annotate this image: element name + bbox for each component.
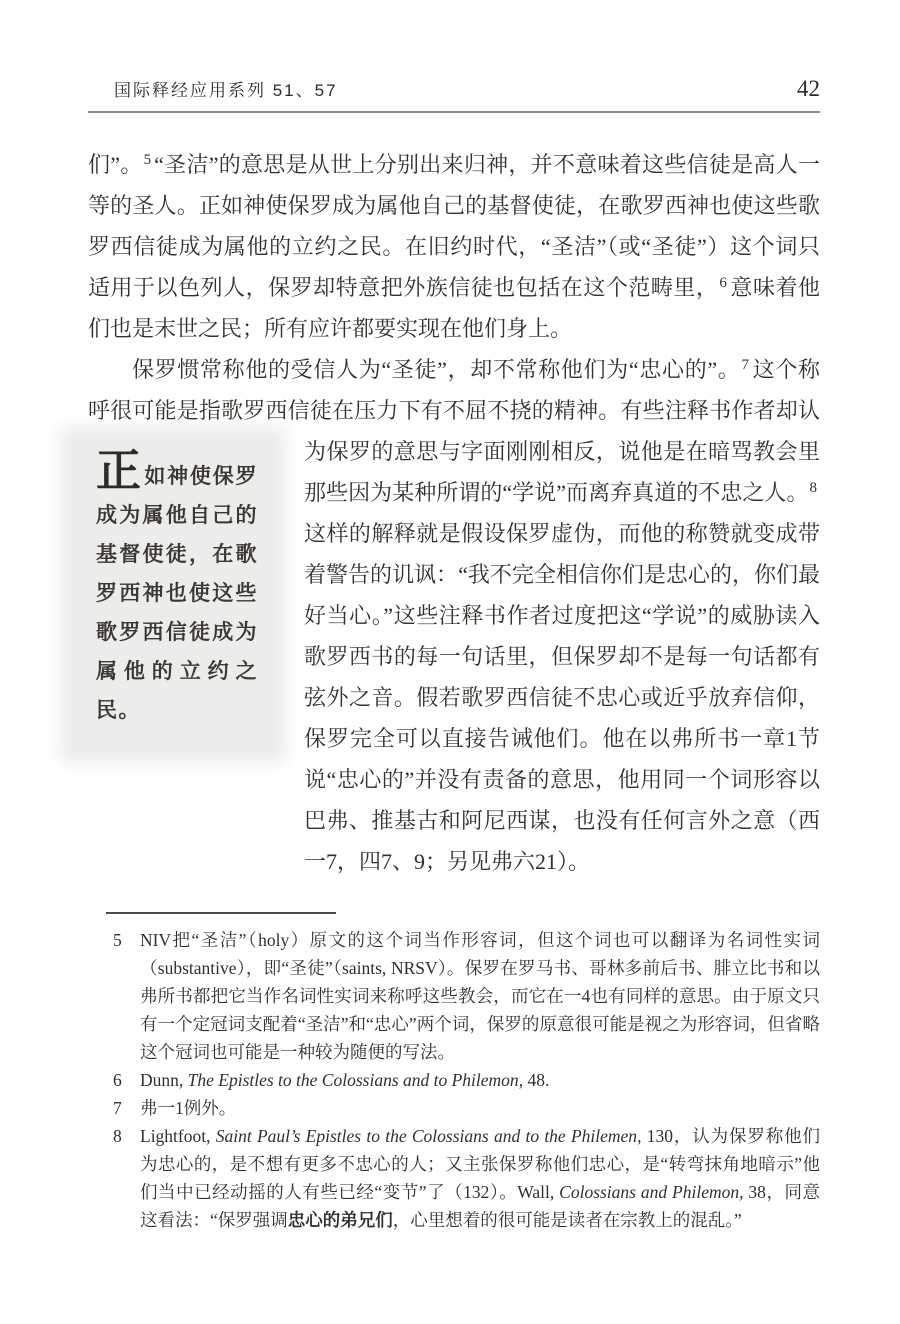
paragraph-1-text: “圣洁”的意思是从世上分别出来归神，并不意味着这些信徒是高人一等的圣人。正如神使… — [88, 152, 820, 300]
footnote-reference-6: 6 — [718, 275, 730, 291]
footnote-author: Dunn, — [140, 1070, 188, 1090]
paragraph-2-text: 保罗惯常称他的受信人为“圣徒”，却不常称他们为“忠心的”。 — [132, 357, 740, 382]
footnote-text: Dunn, The Epistles to the Colossians and… — [140, 1066, 820, 1094]
footnote-number: 5 — [88, 926, 140, 954]
footnote-number: 7 — [88, 1094, 140, 1122]
footnote-reference-8: 8 — [809, 480, 821, 496]
footnote-8: 8 Lightfoot, Saint Paul’s Epistles to th… — [88, 1122, 820, 1234]
body-text: 们”。5“圣洁”的意思是从世上分别出来归神，并不意味着这些信徒是高人一等的圣人。… — [88, 144, 820, 882]
book-title: The Epistles to the Colossians and to Ph… — [188, 1070, 519, 1090]
book-title: Colossians and Philemon — [559, 1182, 739, 1202]
pull-quote-text: 如神使保罗成为属他自己的基督使徒，在歌罗西神也使这些歌罗西信徒成为属他的立约之民… — [96, 465, 258, 722]
page-number: 42 — [797, 76, 820, 102]
document-page: 国际释经应用系列 51、57 42 们”。5“圣洁”的意思是从世上分别出来归神，… — [0, 0, 900, 1324]
series-title: 国际释经应用系列 51、57 — [114, 76, 338, 101]
running-header: 国际释经应用系列 51、57 42 — [88, 0, 820, 102]
footnote-reference-5: 5 — [143, 152, 155, 168]
paragraph-1: 们”。5“圣洁”的意思是从世上分别出来归神，并不意味着这些信徒是高人一等的圣人。… — [88, 144, 820, 349]
footnote-author: Lightfoot, — [140, 1126, 216, 1146]
footnote-text: NIV把“圣洁”（holy）原文的这个词当作形容词，但这个词也可以翻译为名词性实… — [140, 926, 820, 1066]
footnote-text: 弗一1例外。 — [140, 1094, 820, 1122]
footnote-page-ref: , 48. — [519, 1070, 550, 1090]
footnote-number: 6 — [88, 1066, 140, 1094]
footnote-6: 6 Dunn, The Epistles to the Colossians a… — [88, 1066, 820, 1094]
emphasis-bold: 忠心的弟兄们 — [288, 1210, 393, 1230]
book-title: Saint Paul’s Epistles to the Colossians … — [216, 1126, 637, 1146]
footnote-7: 7 弗一1例外。 — [88, 1094, 820, 1122]
header-rule — [88, 111, 820, 113]
footnote-text: Lightfoot, Saint Paul’s Epistles to the … — [140, 1122, 820, 1234]
footnote-number: 8 — [88, 1122, 140, 1150]
pull-quote-box: 正如神使保罗成为属他自己的基督使徒，在歌罗西神也使这些歌罗西信徒成为属他的立约之… — [72, 439, 274, 750]
paragraph-2: 保罗惯常称他的受信人为“圣徒”，却不常称他们为“忠心的”。7这个称呼很可能是指歌… — [88, 349, 820, 882]
paragraph-1-text: 们”。 — [88, 152, 143, 177]
pull-quote-drop-cap: 正 — [96, 445, 141, 496]
footnote-separator-rule — [106, 912, 336, 914]
footnote-body: ，心里想着的很可能是读者在宗教上的混乱。” — [393, 1210, 742, 1230]
footnote-reference-7: 7 — [740, 357, 752, 373]
footnote-5: 5 NIV把“圣洁”（holy）原文的这个词当作形容词，但这个词也可以翻译为名词… — [88, 926, 820, 1066]
paragraph-2-text: 这样的解释就是假设保罗虚伪，而他的称赞就变成带着警告的讥讽：“我不完全相信你们是… — [304, 521, 820, 874]
footnotes-section: 5 NIV把“圣洁”（holy）原文的这个词当作形容词，但这个词也可以翻译为名词… — [88, 912, 820, 1234]
